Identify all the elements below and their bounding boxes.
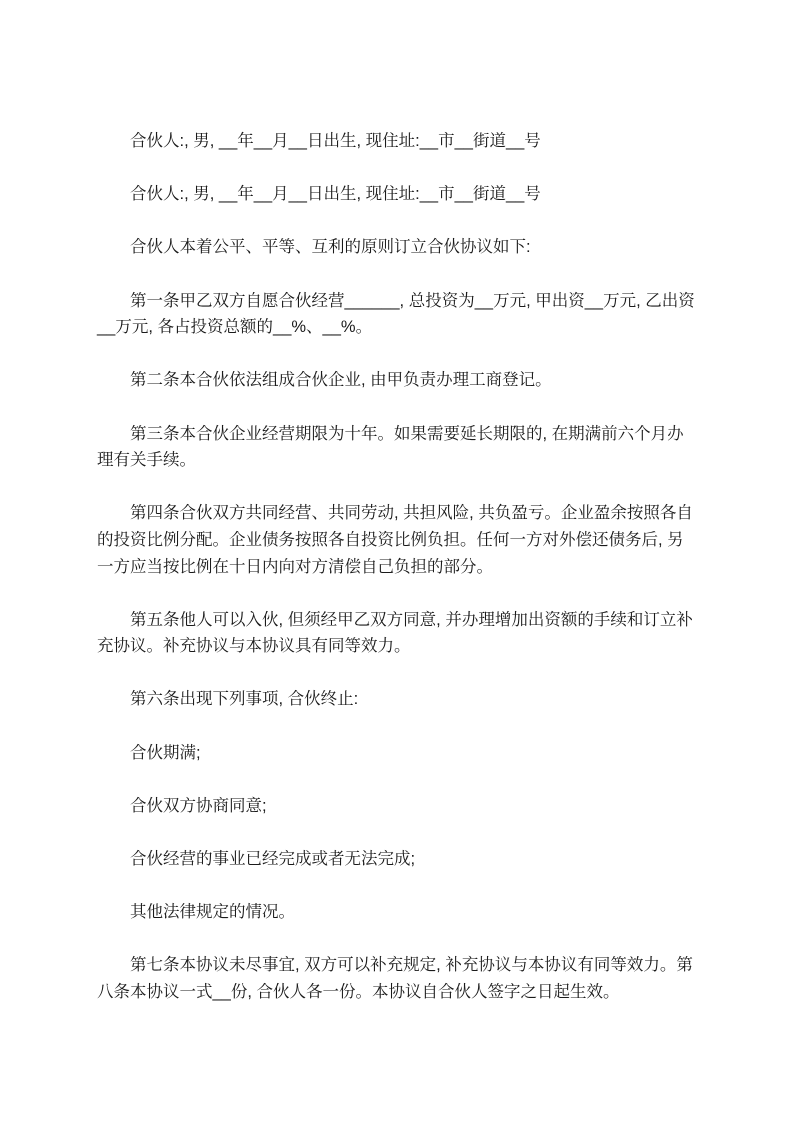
paragraph-article-1: 第一条甲乙双方自愿合伙经营______, 总投资为__万元, 甲出资__万元, … [97, 288, 697, 341]
paragraph-termination-item-3: 合伙经营的事业已经完成或者无法完成; [97, 846, 697, 873]
paragraph-article-2: 第二条本合伙依法组成合伙企业, 由甲负责办理工商登记。 [97, 367, 697, 394]
paragraph-termination-item-2: 合伙双方协商同意; [97, 793, 697, 820]
paragraph-termination-item-1: 合伙期满; [97, 740, 697, 767]
paragraph-article-5: 第五条他人可以入伙, 但须经甲乙双方同意, 并办理增加出资额的手续和订立补充协议… [97, 607, 697, 660]
paragraph-termination-item-4: 其他法律规定的情况。 [97, 899, 697, 926]
paragraph-partner-a: 合伙人:, 男, __年__月__日出生, 现住址:__市__街道__号 [97, 128, 697, 155]
paragraph-preamble: 合伙人本着公平、平等、互利的原则订立合伙协议如下: [97, 234, 697, 261]
paragraph-article-7-8: 第七条本协议未尽事宜, 双方可以补充规定, 补充协议与本协议有同等效力。第八条本… [97, 952, 697, 1005]
paragraph-article-6: 第六条出现下列事项, 合伙终止: [97, 686, 697, 713]
paragraph-article-4: 第四条合伙双方共同经营、共同劳动, 共担风险, 共负盈亏。企业盈余按照各自的投资… [97, 500, 697, 580]
paragraph-partner-b: 合伙人:, 男, __年__月__日出生, 现住址:__市__街道__号 [97, 181, 697, 208]
document-page: 合伙人:, 男, __年__月__日出生, 现住址:__市__街道__号 合伙人… [0, 0, 793, 1122]
document-body: 合伙人:, 男, __年__月__日出生, 现住址:__市__街道__号 合伙人… [97, 128, 697, 1032]
paragraph-article-3: 第三条本合伙企业经营期限为十年。如果需要延长期限的, 在期满前六个月办理有关手续… [97, 421, 697, 474]
